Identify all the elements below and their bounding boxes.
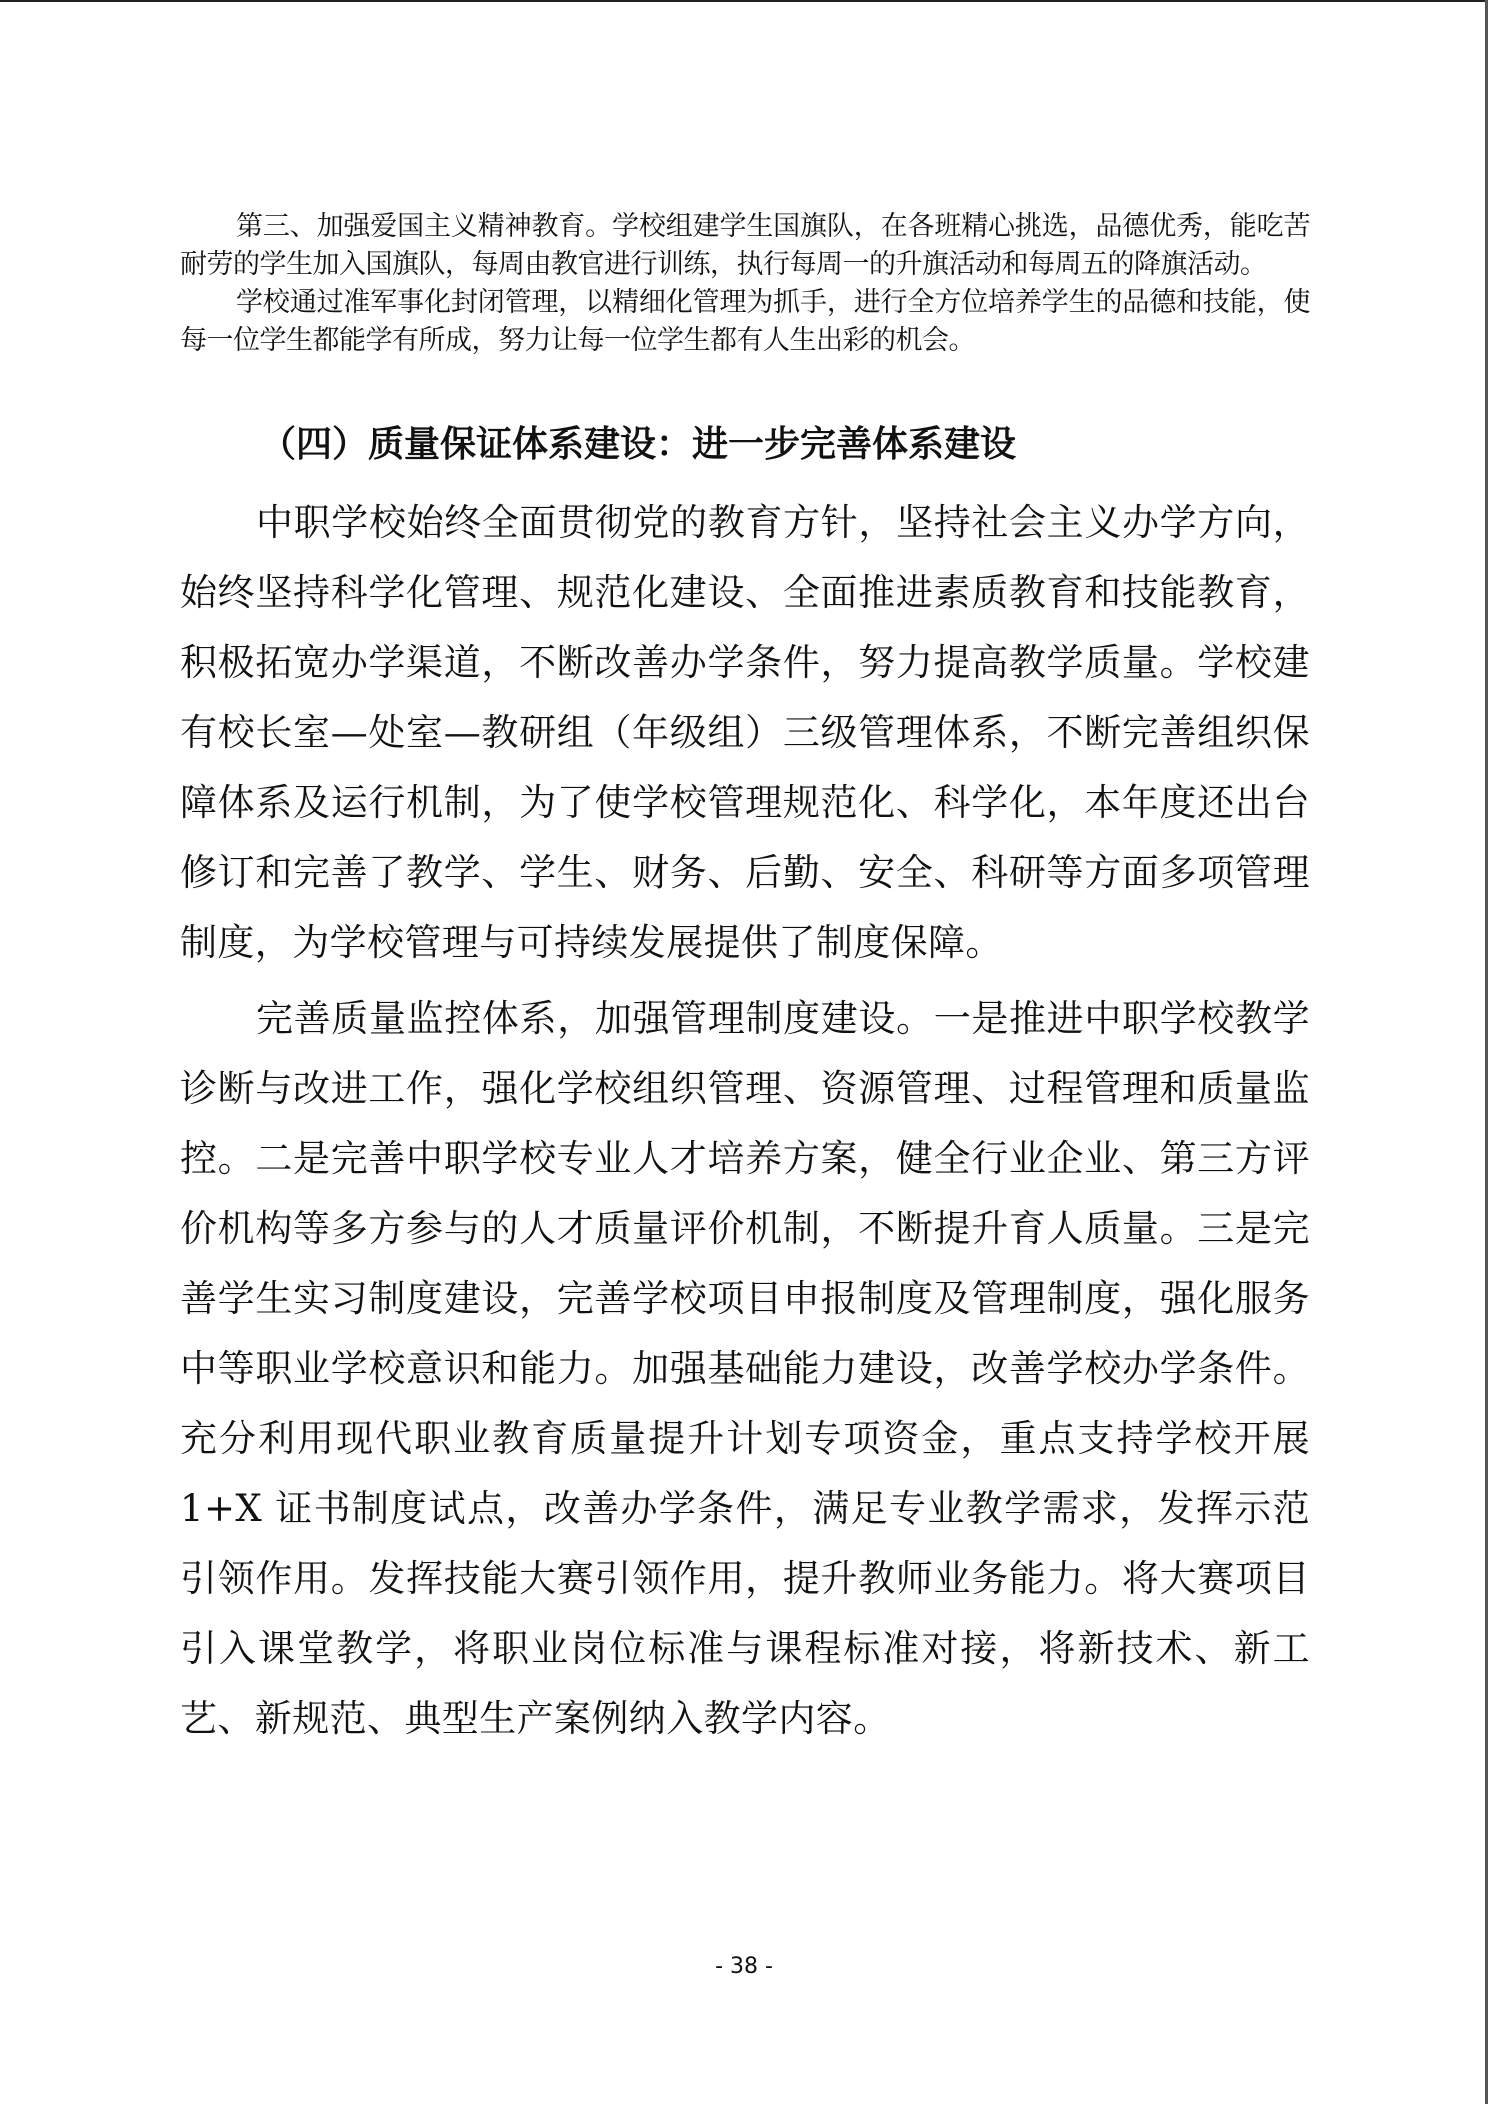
- paragraph-education-policy: 中职学校始终全面贯彻党的教育方针，坚持社会主义办学方向，始终坚持科学化管理、规范…: [180, 488, 1310, 978]
- paragraph-management-summary: 学校通过准军事化封闭管理，以精细化管理为抓手，进行全方位培养学生的品德和技能，使…: [180, 284, 1310, 360]
- page-number: - 38 -: [0, 1952, 1488, 1982]
- intro-section: 第三、加强爱国主义精神教育。学校组建学生国旗队，在各班精心挑选，品德优秀，能吃苦…: [180, 208, 1310, 360]
- paragraph-flag-team: 第三、加强爱国主义精神教育。学校组建学生国旗队，在各班精心挑选，品德优秀，能吃苦…: [180, 208, 1310, 284]
- page-border-top: [0, 0, 1488, 2]
- body-section: 中职学校始终全面贯彻党的教育方针，坚持社会主义办学方向，始终坚持科学化管理、规范…: [180, 488, 1310, 1754]
- paragraph-quality-monitoring: 完善质量监控体系，加强管理制度建设。一是推进中职学校教学诊断与改进工作，强化学校…: [180, 984, 1310, 1754]
- section-heading: （四）质量保证体系建设：进一步完善体系建设: [260, 420, 1016, 470]
